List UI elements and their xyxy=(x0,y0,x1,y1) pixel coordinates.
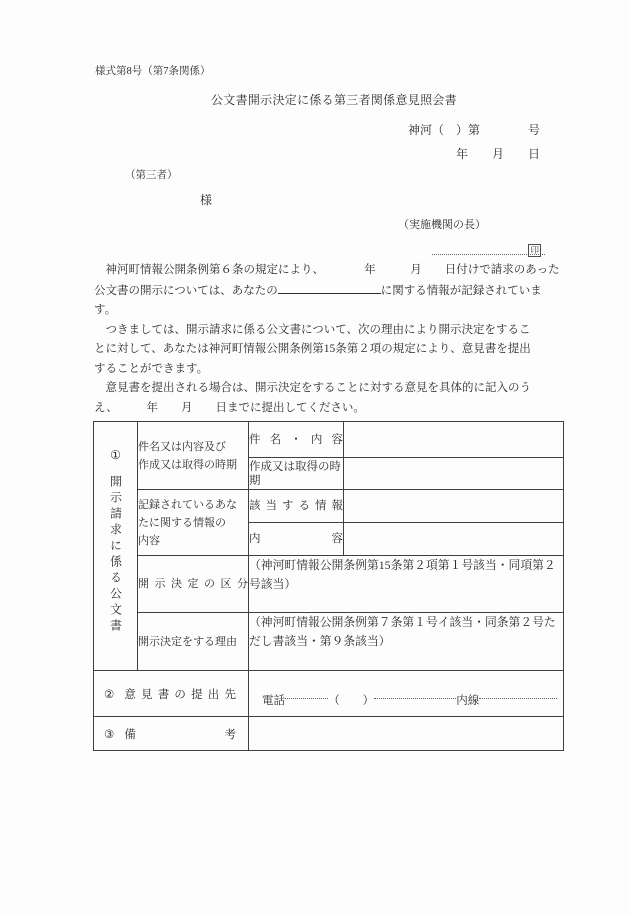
remarks-label-cell: ③備考 xyxy=(94,717,249,751)
remarks-value-cell xyxy=(249,717,564,751)
body-text: 神河町情報公開条例第６条の規定により、 年 月 日付けで請求のあった 公文書の開… xyxy=(94,261,570,418)
seal-mark: 印 xyxy=(528,244,541,257)
document-number-line: 神河（ ）第 号 xyxy=(330,121,540,138)
item1-number: ① xyxy=(109,448,123,466)
page-title: 公文書開示決定に係る第三者関係意見照会書 xyxy=(0,91,630,108)
item3-number: ③ xyxy=(104,727,114,741)
phone-label: 電話 xyxy=(262,694,285,709)
phone-line: 電話 （ ） 内線 xyxy=(249,694,563,716)
item1-vertical-header: ①開示請求に係る公文書 xyxy=(107,448,125,635)
paragraph-1: 神河町情報公開条例第６条の規定により、 年 月 日付けで請求のあった 公文書の開… xyxy=(94,261,570,321)
table-row: 記録されているあな たに関する情報の 内容 該当する情報 xyxy=(94,490,564,523)
item2-number: ② xyxy=(104,687,114,701)
date-line: 年 月 日 xyxy=(330,145,540,162)
paragraph-2: つきましては、開示請求に係る公文書について、次の理由により開示決定をするこ とに… xyxy=(94,321,570,380)
third-party-label: （第三者） xyxy=(125,167,178,182)
disclosure-category-value: （神河町情報公開条例第15条第２項第１号該当・同項第２号該当） xyxy=(249,556,564,613)
item3-label: 備考 xyxy=(124,726,236,742)
extension-label: 内線 xyxy=(456,694,479,709)
item1-vertical-header-cell: ①開示請求に係る公文書 xyxy=(94,422,138,671)
personal-info-blank-underline xyxy=(278,281,381,294)
phone-dotted-fill xyxy=(285,698,328,700)
content-label: 内容 xyxy=(249,523,344,556)
phone-dotted-fill xyxy=(374,698,456,700)
subject-group-label: 件名又は内容及び 作成又は取得の時期 xyxy=(138,422,249,490)
recorded-info-group-label: 記録されているあな たに関する情報の 内容 xyxy=(138,490,249,556)
remarks-label: ③備考 xyxy=(94,726,248,742)
item2-label: 意見書の提出先 xyxy=(124,686,236,702)
opinion-submission-label: ②意見書の提出先 xyxy=(94,686,248,702)
table-row: 開示決定をする理由 （神河町情報公開条例第７条第１号イ該当・同条第２号ただし書該… xyxy=(94,613,564,671)
disclosure-reason-label: 開示決定をする理由 xyxy=(138,613,249,671)
honorific-sama: 様 xyxy=(200,191,212,208)
inquiry-table: ①開示請求に係る公文書 件名又は内容及び 作成又は取得の時期 件名・内容 作成又… xyxy=(93,421,564,751)
disclosure-reason-value: （神河町情報公開条例第７条第１号イ該当・同条第２号ただし書該当・第９条該当） xyxy=(249,613,564,671)
table-row: ③備考 xyxy=(94,717,564,751)
table-row: ①開示請求に係る公文書 件名又は内容及び 作成又は取得の時期 件名・内容 xyxy=(94,422,564,458)
form-number: 様式第8号（第7条関係） xyxy=(95,63,211,78)
content-value-cell xyxy=(344,523,564,556)
subject-content-label: 件名・内容 xyxy=(249,422,344,458)
subject-content-value-cell xyxy=(344,422,564,458)
disclosure-category-label: 開示決定の区分 xyxy=(138,556,249,613)
table-row: 開示決定の区分 （神河町情報公開条例第15条第２項第１号該当・同項第２号該当） xyxy=(94,556,564,613)
signature-dotted-line: 印 xyxy=(432,240,545,255)
relevant-info-label: 該当する情報 xyxy=(249,490,344,523)
extension-dotted-fill xyxy=(479,698,557,700)
opinion-submission-label-cell: ②意見書の提出先 xyxy=(94,671,249,717)
agency-head-label: （実施機関の長） xyxy=(398,216,486,232)
paragraph-3: 意見書を提出される場合は、開示決定をすることに対する意見を具体的に記入のう え、… xyxy=(94,379,570,418)
phone-parens: （ ） xyxy=(328,694,374,709)
table-row: ②意見書の提出先 電話 （ ） 内線 xyxy=(94,671,564,717)
item1-vertical-label: 開示請求に係る公文書 xyxy=(109,475,123,635)
document-page: 様式第8号（第7条関係） 公文書開示決定に係る第三者関係意見照会書 神河（ ）第… xyxy=(0,0,630,915)
creation-period-label: 作成又は取得の時期 xyxy=(249,458,344,490)
relevant-info-value-cell xyxy=(344,490,564,523)
opinion-submission-value-cell: 電話 （ ） 内線 xyxy=(249,671,564,717)
creation-period-value-cell xyxy=(344,458,564,490)
